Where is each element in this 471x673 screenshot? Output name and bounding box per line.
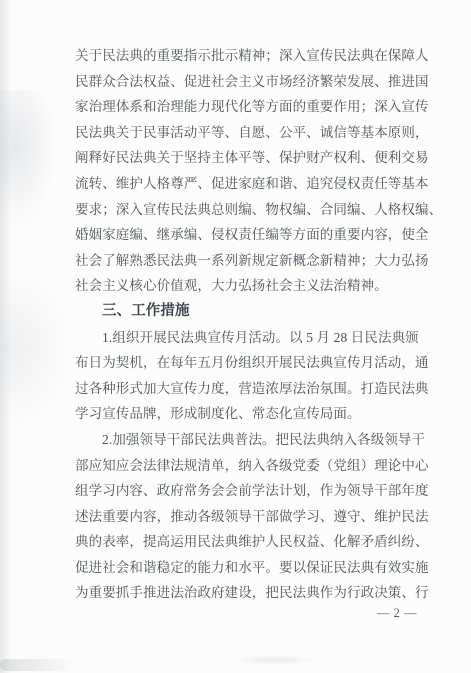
text-line: 婚姻家庭编、继承编、侵权责任编等方面的重要内容，使全 (75, 222, 412, 248)
text-line: 社会主义核心价值观，大力弘扬社会主义法治精神。 (75, 273, 412, 299)
text-line: 为重要抓手推进法治政府建设，把民法典作为行政决策、行 (75, 580, 412, 606)
text-line: 流转、维护人格尊严、促进家庭和谐、追究侵权责任等基本 (75, 171, 412, 197)
text-line: 要求；深入宣传民法典总则编、物权编、合同编、人格权编、 (75, 197, 412, 223)
text-line: 民法典关于民事活动平等、自愿、公平、诚信等基本原则， (75, 120, 412, 146)
text-block: 关于民法典的重要指示批示精神；深入宣传民法典在保障人民群众合法权益、促进社会主义… (75, 43, 412, 606)
text-line: 过各种形式加大宣传力度，营造浓厚法治氛围。打造民法典 (75, 376, 412, 402)
text-line: 家治理体系和治理能力现代化等方面的重要作用；深入宣传 (75, 94, 412, 120)
section-heading: 三、工作措施 (75, 299, 412, 325)
text-line: 述法重要内容，推动各级领导干部做学习、遵守、维护民法 (75, 504, 412, 530)
text-line: 关于民法典的重要指示批示精神；深入宣传民法典在保障人 (75, 43, 412, 69)
scan-edge-shadow (0, 0, 14, 673)
text-line: 促进社会和谐稳定的能力和水平。要以保证民法典有效实施 (75, 555, 412, 581)
text-line: 布日为契机，在每年五月份组织开展民法典宣传月活动，通 (75, 350, 412, 376)
text-line: 典的表率，提高运用民法典维护人民权益、化解矛盾纠纷、 (75, 529, 412, 555)
text-line: 阐释好民法典关于坚持主体平等、保护财产权利、便利交易 (75, 145, 412, 171)
paragraph-first-line: 1.组织开展民法典宣传月活动。以 5 月 28 日民法典颁 (75, 325, 412, 351)
text-line: 民群众合法权益、促进社会主义市场经济繁荣发展、推进国 (75, 69, 412, 95)
text-line: 组学习内容、政府常务会会前学法计划，作为领导干部年度 (75, 478, 412, 504)
scan-artifact (230, 655, 320, 665)
text-line: 部应知应会法律法规清单，纳入各级党委（党组）理论中心 (75, 453, 412, 479)
text-line: 社会了解熟悉民法典一系列新规定新概念新精神；大力弘扬 (75, 248, 412, 274)
scan-artifact (0, 280, 72, 430)
document-page: 关于民法典的重要指示批示精神；深入宣传民法典在保障人民群众合法权益、促进社会主义… (0, 0, 471, 673)
scan-artifact (0, 90, 58, 230)
paragraph-first-line: 2.加强领导干部民法典普法。把民法典纳入各级领导干 (75, 427, 412, 453)
text-line: 学习宣传品牌，形成制度化、常态化宣传局面。 (75, 401, 412, 427)
scan-artifact (0, 659, 90, 671)
page-number: — 2 — (377, 606, 417, 621)
